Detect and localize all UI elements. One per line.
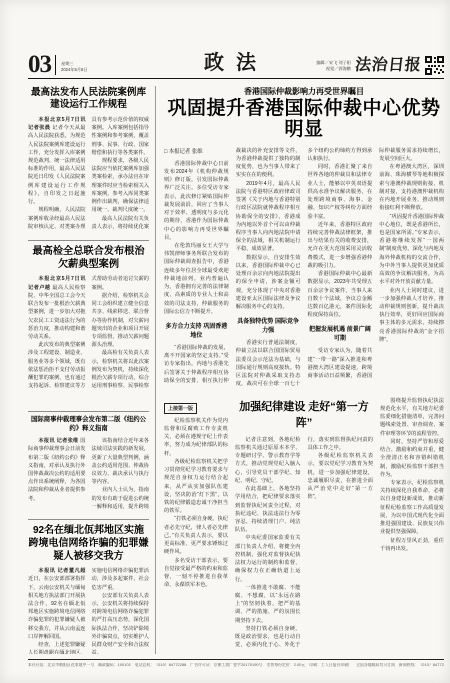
article-paragraph: 在此基础上，各地坚持学用结合，把纪律要求落实到监督执纪问责全过程，对执纪违纪、执… <box>235 485 301 534</box>
article-paragraph: 在粤港澳大湾区，深圳前海、珠海横琴等地积极探索与港澳仲裁规则衔接、机制对接，支持… <box>379 163 444 212</box>
page-number-divider <box>55 55 56 75</box>
article-paragraph: 同时，香港汇聚了来自世界各地的仲裁员和法律专业人士，能够以中英双语提供高水准争议… <box>308 163 373 221</box>
article-paragraph: 2019年4月，最高人民法院与香港特区政府律政司签署《关于内地与香港特别行政区法… <box>236 180 301 254</box>
article-paragraph: 公安部有关负责人表示，公安机关将持续保持对跨境电信网络诈骗犯罪的严打高压态势，深… <box>92 592 150 654</box>
article-paragraph: 记者注意到，各地纪检监察机关通过原原本本学、专题研讨学、警示教育学等方式，推动党… <box>235 436 301 485</box>
masthead-logo: 法治日报 <box>354 58 422 75</box>
article-paragraph: 各级纪检监察机关把学习贯彻党纪学习教育要求与规范自身权力运行结合起来，从严从实加… <box>164 458 228 516</box>
article-paragraph: 中央纪委国家监委有关部门负责人介绍，将健全内控机制，强化对监督执纪执法权力运行的… <box>235 534 301 583</box>
page-number: 03 <box>28 54 51 75</box>
article-paragraph: 本报北京5月7日讯 记者张晨 记者今天从最高人民法院获悉，为规范人民法院案例库建… <box>28 116 86 206</box>
article-paragraph: 本报北京5月7日讯 记者卢越 最高人民检察院、中华全国总工会今天联合发布一批根治… <box>28 275 86 341</box>
continued-article-middle: 加强纪律建设 走好“第一方阵” 记者注意到，各地纪检监察机关通过原原本本学、专题… <box>235 397 373 654</box>
article-title: 国际商事仲裁理事会发布第二版《纽约公约》释义指南 <box>28 416 149 433</box>
footer-imprint: 本社社址：北京市朝阳区花家地甲一号 邮政编码：100102 电话总机：（010）… <box>28 663 444 668</box>
article-paragraph: 一体推进不敢腐、不能腐、不想腐，以“永远在路上”的坚韧执着，把严的基调、严的措施… <box>235 584 301 625</box>
page-header: 03 星期三 2024年5月8日 政法 编辑／宋飞 刘子阳 视觉／郭海鹏 法治日… <box>28 48 444 79</box>
article-paragraph: 本报讯 记者董凡超 近日，在公安部部署指挥下，云南公安机关与缅甸相关地方执法部门… <box>28 567 86 641</box>
article-paragraph: 业内人士同时建议，进一步加强仲裁人才培养，推动仲裁规则创新，提升裁决执行效率，更… <box>379 287 444 345</box>
continued-article-left-column: 上接第一版纪检监察机关作为党内监督和反腐败工作专责机关，必须在遵规守纪上作表率，… <box>164 397 228 654</box>
editor-line-2: 视觉／郭海鹏 <box>326 66 351 71</box>
article-dateline: 本报讯 记者张维 <box>38 438 78 444</box>
article-paragraph: 近年来，香港特区政府持续完善仲裁法律框架，推出与结果有关的收费安排，允许在更大范… <box>308 221 373 270</box>
article-divider <box>28 411 149 412</box>
article-paragraph: 本报讯 记者张维 国际商事仲裁理事会日前发布第二版《纽约公约》释义指南，对承认及… <box>28 437 86 503</box>
article-body: 本报北京5月7日讯 记者卢越 最高人民检察院、中华全国总工会今天联合发布一批根治… <box>28 275 149 406</box>
article-subhead: 具备独特优势 国际竞争力强 <box>236 316 301 334</box>
article-paragraph: 规程要求，各级人民法院应当依托案例库加强类案检索，承办法官在审理案件时应当检索相… <box>92 157 150 215</box>
page-content: 最高法发布人民法院案例库建设运行工作规程 本报北京5月7日讯 记者张晨 记者今天… <box>28 86 444 654</box>
article-paragraph: 同时，坚持严管和厚爱结合、激励和约束并重，健全澄清正名和容错纠错机制，激励纪检监… <box>380 438 444 479</box>
article-paragraph: 专家表示，纪检监察机关持续深化自我革命，必将以自身建设新成效，推动新征程纪检监察… <box>380 479 444 537</box>
masthead-block: 编辑／宋飞 刘子阳 视觉／郭海鹏 法治日报 <box>316 56 444 75</box>
main-article-headline: 巩固提升香港国际仲裁中心优势明显 <box>164 99 444 141</box>
page-footer: 本社社址：北京市朝阳区花家地甲一号 邮政编码：100102 电话总机：（010）… <box>28 659 444 668</box>
article-caselib: 最高法发布人民法院案例库建设运行工作规程 本报北京5月7日讯 记者张晨 记者今天… <box>28 87 149 235</box>
article-paragraph: 各级纪检监察机关表示，要以党纪学习教育为契机，进一步加强纪律建设，忠诚履职尽责，… <box>308 452 374 501</box>
continued-article-right-column: 围绕提升监督执纪执法规范化水平，有关地方纪委监委细化措施清单，完善问题线索处置、… <box>380 397 444 654</box>
article-paragraph: 纪检监察机关作为党内监督和反腐败工作专责机关，必须在遵规守纪上作表率，努力成为纪… <box>164 417 228 458</box>
section-title: 政法 <box>204 52 268 74</box>
main-article-body: □ 本报记者 张维香港国际仲裁中心日前发布2024年《机构仲裁规则》修订版，引发… <box>164 147 444 390</box>
main-column: 香港国际仲裁影响力再受世界瞩目 巩固提升香港国际仲裁中心优势明显 □ 本报记者 … <box>164 86 444 654</box>
article-paragraph: 数据显示，自安排生效以来，香港国际仲裁中心已处理百余宗向内地法院提出的保全申请，… <box>236 254 301 312</box>
article-divider <box>28 240 149 241</box>
article-paragraph: 香港国际仲裁中心最新数据显示，2023年共受理五百余宗争议案件，当事人来自数十个… <box>308 270 373 319</box>
page-number-block: 03 星期三 2024年5月8日 <box>28 54 88 75</box>
date-block: 星期三 2024年5月8日 <box>61 61 88 75</box>
article-subhead: 把握发展机遇 前景广阔可期 <box>308 324 373 342</box>
article-body: 本报讯 记者董凡超 近日，在公安部部署指挥下，云南公安机关与缅甸相关地方执法部门… <box>28 567 149 654</box>
editor-line-1: 编辑／宋飞 刘子阳 <box>316 60 351 65</box>
article-paragraph: 多名受访干部表示，要自觉接受最严格的约束和监督，一刻不停推进自我革命，永葆铁军本… <box>164 557 228 590</box>
article-paragraph: “打铁必须自身硬。执纪者必先守纪，律人者必先律己。”有关负责人表示，要以更高标准… <box>164 515 228 556</box>
article-dateline: 本报讯 记者董凡超 <box>38 568 85 574</box>
article-title: 最高法发布人民法院案例库建设运行工作规程 <box>28 87 149 112</box>
article-paragraph: 据介绍，检察机关会同工会组织建立健全信息共享、线索移送、联合督办等协作机制，对欠… <box>92 292 150 350</box>
article-title: 最高检全总联合发布根治欠薪典型案例 <box>28 245 149 272</box>
article-paragraph: 在伦敦玛丽女王大学与伟凯律师事务所联合发布的国际仲裁调查报告中，香港连续多年位居… <box>164 242 229 316</box>
article-paragraph: 围绕提升监督执纪执法规范化水平，有关地方纪委监委细化措施清单，完善问题线索处置、… <box>380 397 444 438</box>
article-ny-convention-guide: 国际商事仲裁理事会发布第二版《纽约公约》释义指南 本报讯 记者张维 国际商事仲裁… <box>28 416 149 514</box>
article-subhead: 多方合力支持 巩固香港地位 <box>164 321 229 339</box>
article-paragraph: 香港国际仲裁中心日前发布2024年《机构仲裁规则》修订版，引发国际仲裁界广泛关注… <box>164 160 229 242</box>
date-label: 2024年5月8日 <box>61 67 88 72</box>
continued-article-middle-body: 记者注意到，各地纪检监察机关通过原原本本学、专题研讨学、警示教育学等方式，推动党… <box>235 436 373 654</box>
weekday-label: 星期三 <box>61 61 74 66</box>
continued-article-headline: 加强纪律建设 走好“第一方阵” <box>235 398 373 430</box>
main-article-kicker: 香港国际仲裁影响力再受世界瞩目 <box>164 86 444 97</box>
article-title: 92名在缅北佤邦地区实施跨境电信网络诈骗的犯罪嫌疑人被移交我方 <box>28 524 149 563</box>
article-body: 本报讯 记者张维 国际商事仲裁理事会日前发布第二版《纽约公约》释义指南，对承认及… <box>28 437 149 514</box>
editor-credits: 编辑／宋飞 刘子阳 视觉／郭海鹏 <box>316 60 351 75</box>
article-divider <box>28 519 149 520</box>
newspaper-page: 03 星期三 2024年5月8日 政法 编辑／宋飞 刘子阳 视觉／郭海鹏 法治日… <box>0 0 450 683</box>
article-paragraph: 该指南结合近年来各法域司法实践的新发展，更新了大量典型判例，涵盖公约适用范围、仲… <box>92 437 150 486</box>
article-fraud-suspects: 92名在缅北佤邦地区实施跨境电信网络诈骗的犯罪嫌疑人被移交我方 本报讯 记者董凡… <box>28 524 149 654</box>
continued-article: 上接第一版纪检监察机关作为党内监督和反腐败工作专责机关，必须在遵规守纪上作表率，… <box>164 397 444 654</box>
article-wage-cases: 最高检全总联合发布根治欠薪典型案例 本报北京5月7日讯 记者卢越 最高人民检察院… <box>28 245 149 407</box>
continued-marker: 上接第一版 <box>164 403 197 414</box>
left-column: 最高法发布人民法院案例库建设运行工作规程 本报北京5月7日讯 记者张晨 记者今天… <box>28 86 156 654</box>
article-paragraph: 征程万里风正劲，重任千钧再出发。 <box>380 537 444 553</box>
article-byline: □ 本报记者 张维 <box>164 147 229 155</box>
article-paragraph: “巩固提升香港国际仲裁中心地位，既是香港所长，也是国家所需。”专家表示，香港将继… <box>379 213 444 287</box>
qr-code <box>425 56 444 75</box>
article-body: 本报北京5月7日讯 记者张晨 记者今天从最高人民法院获悉，为规范人民法院案例库建… <box>28 116 149 235</box>
